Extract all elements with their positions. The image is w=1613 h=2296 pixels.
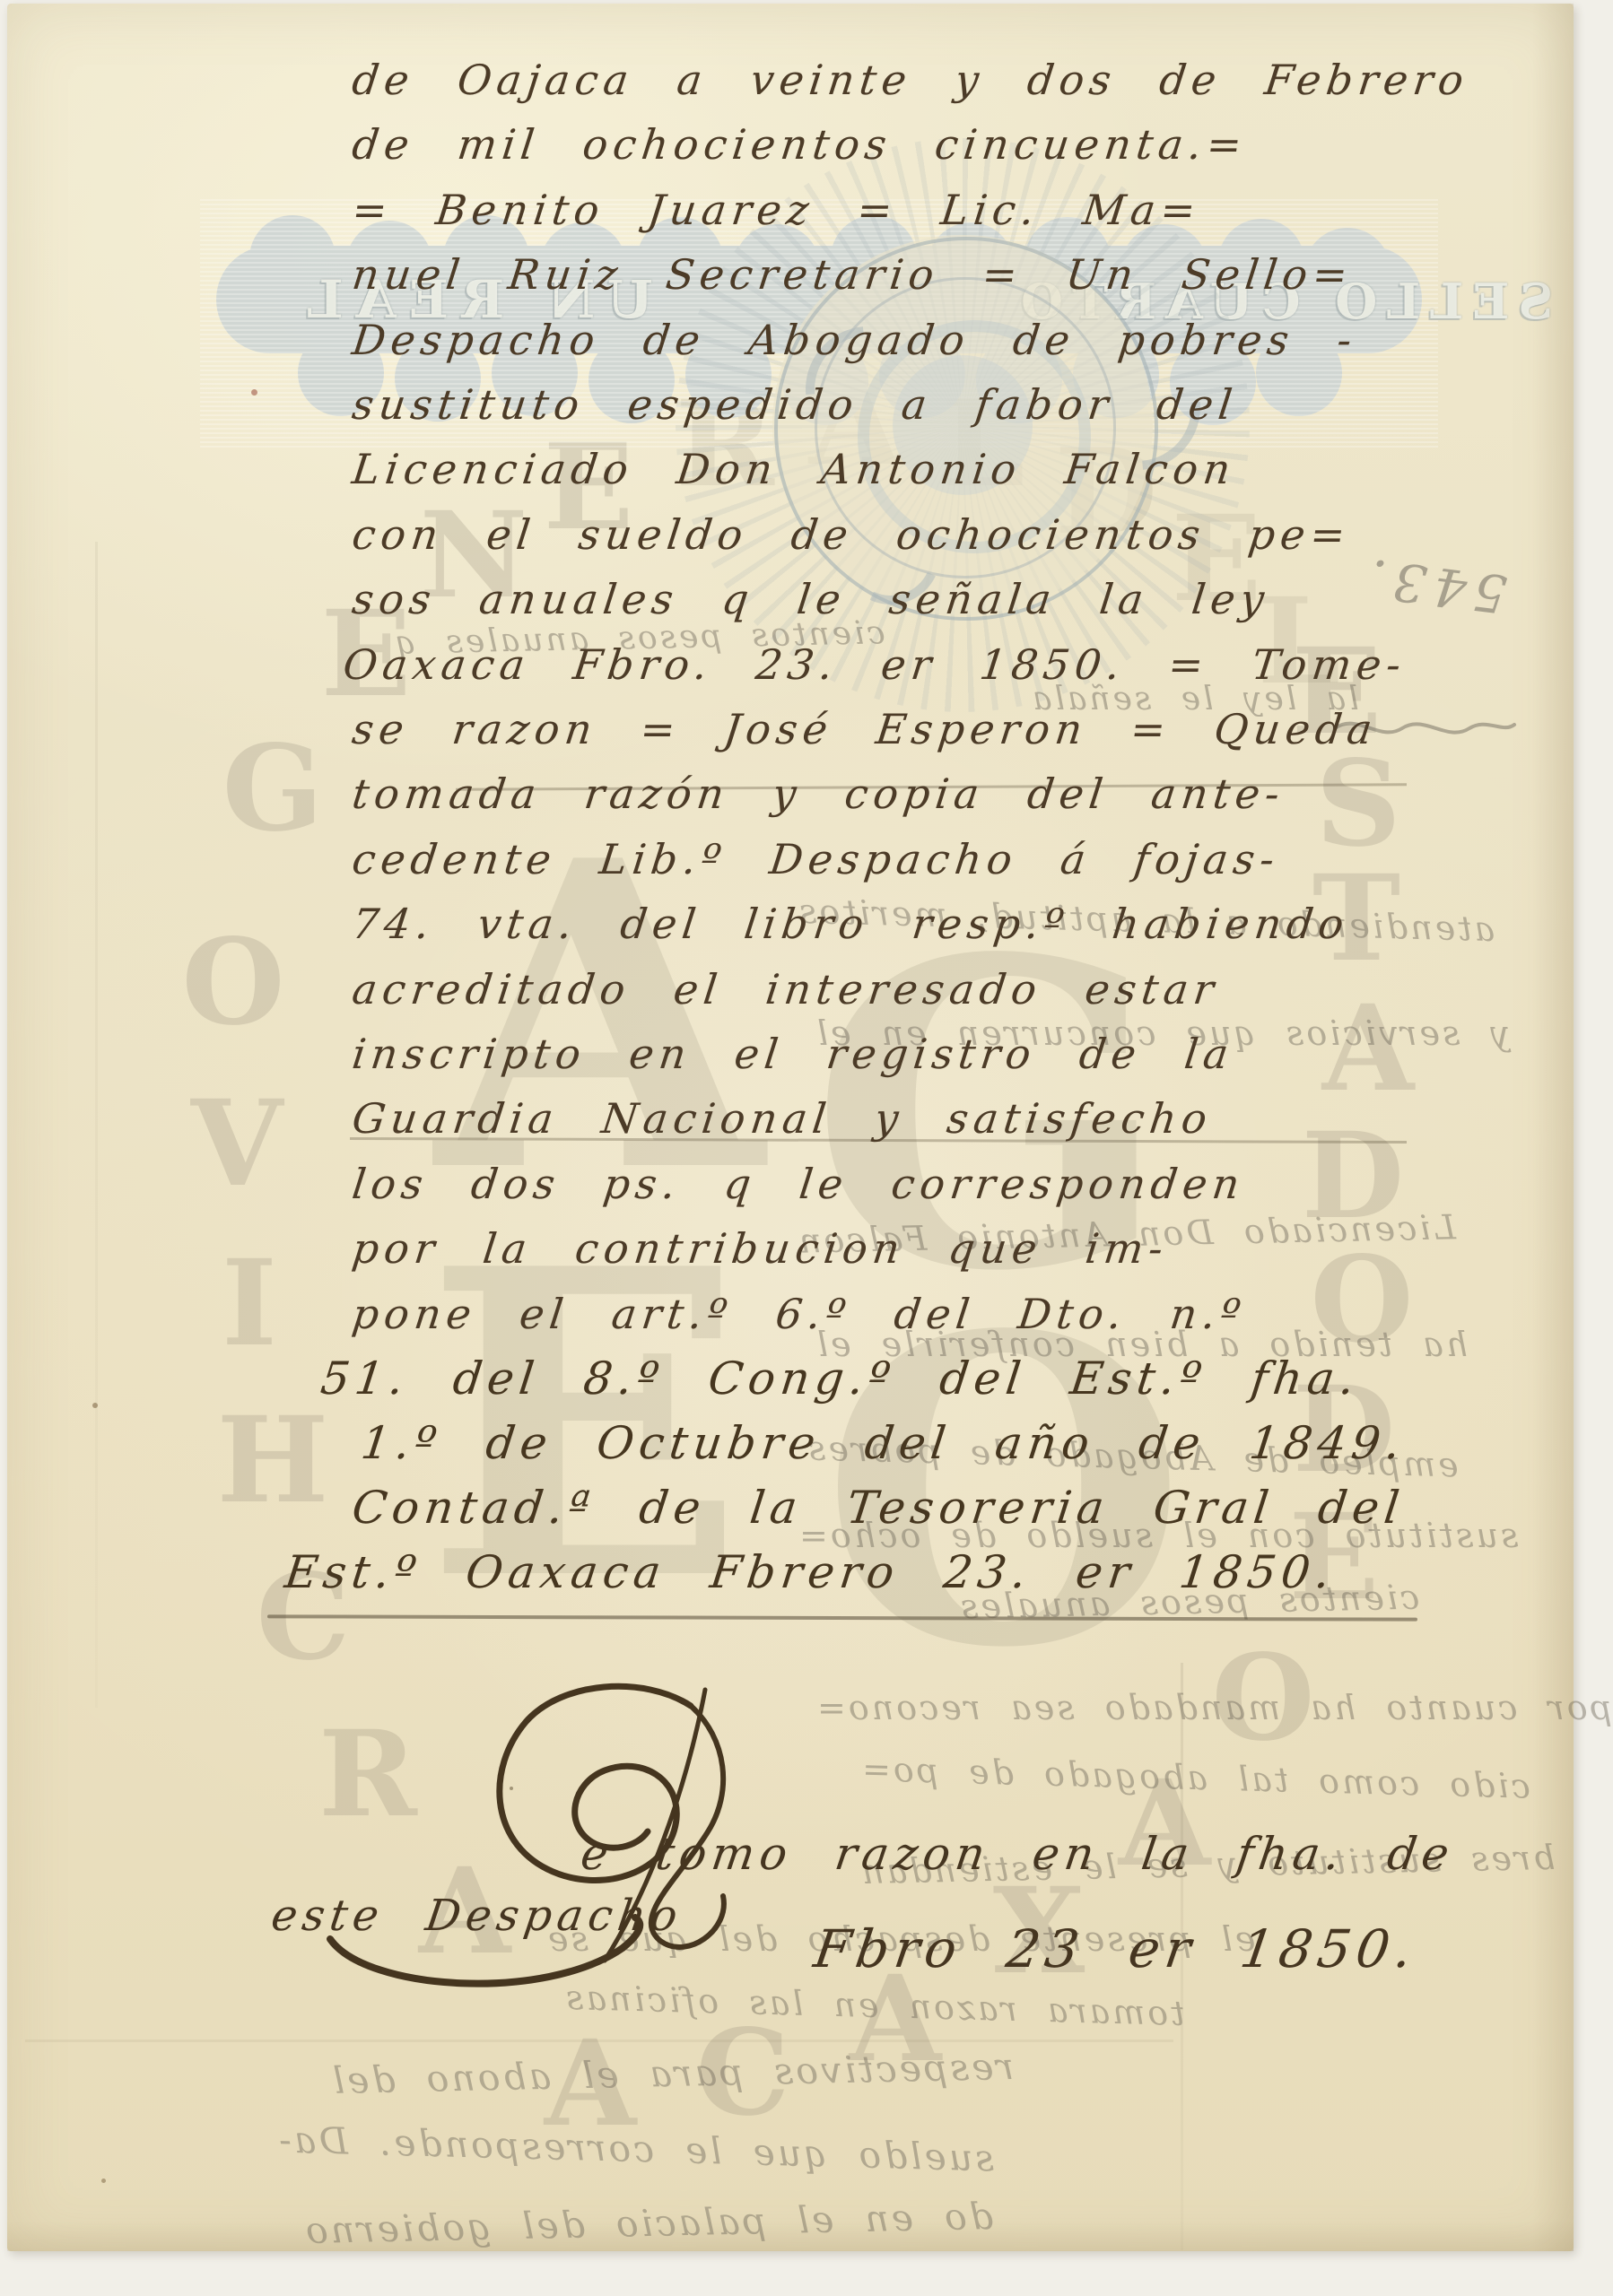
- watermark-letter: S: [1315, 745, 1400, 864]
- manuscript-line: se razon = José Esperon = Queda: [350, 709, 1380, 750]
- bleed-line: por cuanto ha mandado sea recono=: [815, 1690, 1612, 1727]
- manuscript-line: nuel Ruiz Secretario = Un Sello=: [350, 254, 1356, 295]
- manuscript-line: 1.º de Octubre del año de 1849.: [359, 1421, 1408, 1465]
- manuscript-line: Despacho de Abogado de pobres -: [350, 319, 1359, 361]
- paper-speck: [101, 2179, 106, 2183]
- scanned-manuscript-page: { "page": { "margin_number": "543.", "st…: [0, 0, 1613, 2296]
- manuscript-line: Licenciado Don Antonio Falcon: [350, 448, 1238, 490]
- closing-underline-flourish: [321, 1912, 671, 2011]
- paper-speck: [92, 1403, 98, 1408]
- manuscript-line: Contad.ª de la Tesoreria Gral del: [350, 1485, 1407, 1530]
- manuscript-line: cedente Lib.º Despacho á fojas-: [350, 839, 1282, 880]
- manuscript-line: los dos ps. q le corresponden: [350, 1163, 1247, 1205]
- manuscript-line: pone el art.º 6.º del Dto. n.º: [350, 1293, 1248, 1335]
- watermark-letter: H: [217, 1402, 329, 1520]
- watermark-letter: V: [191, 1085, 283, 1204]
- manuscript-line: de Oajaca a veinte y dos de Febrero: [350, 59, 1471, 100]
- manuscript-line: Guardia Nacional y satisfecho: [350, 1098, 1215, 1139]
- watermark-letter: O: [182, 924, 285, 1042]
- manuscript-line: acreditado el interesado estar: [350, 969, 1221, 1010]
- paper-speck: [510, 1787, 513, 1790]
- manuscript-line: de mil ochocientos cincuenta.=: [350, 124, 1250, 165]
- watermark-letter: I: [222, 1245, 277, 1363]
- paper-crease: [25, 2039, 1173, 2042]
- manuscript-line: 51. del 8.º Cong.º del Est.º fha.: [318, 1356, 1362, 1401]
- manuscript-line: con el sueldo de ochocientos pe=: [350, 514, 1353, 555]
- paper-sheet: A R C H I V O G E N E R A L D E L E S T …: [7, 4, 1574, 2251]
- manuscript-line: 74. vta. del libro resp.º habiendo: [350, 903, 1351, 944]
- manuscript-line: Oaxaca Fbro. 23. er 1850. = Tome-: [341, 644, 1408, 685]
- paper-crease: [95, 542, 98, 1708]
- manuscript-line: sustituto espedido a fabor del: [350, 384, 1240, 425]
- paper-crease: [1181, 1663, 1183, 2250]
- manuscript-line: por la contribucion que im-: [350, 1228, 1171, 1269]
- watermark-letter: G: [222, 730, 324, 848]
- paper-speck: [251, 389, 257, 396]
- bleed-line: sueldo que le corresponde. Da-: [276, 2120, 995, 2179]
- closing-line-1: e tomo razon en la fha. de: [578, 1831, 1457, 1876]
- manuscript-line: sos anuales q le señala la ley: [350, 578, 1271, 620]
- manuscript-line: = Benito Juarez = Lic. Ma=: [350, 189, 1203, 230]
- manuscript-line: inscripto en el registro de la: [350, 1033, 1236, 1074]
- manuscript-line: Est.º Oaxaca Fbrero 23. er 1850.: [283, 1550, 1338, 1595]
- closing-line-3: Fbro 23 er 1850.: [811, 1923, 1420, 1975]
- manuscript-line: tomada razón y copia del ante-: [350, 773, 1287, 814]
- bleed-line: do en el palacio del gobierno: [303, 2196, 994, 2251]
